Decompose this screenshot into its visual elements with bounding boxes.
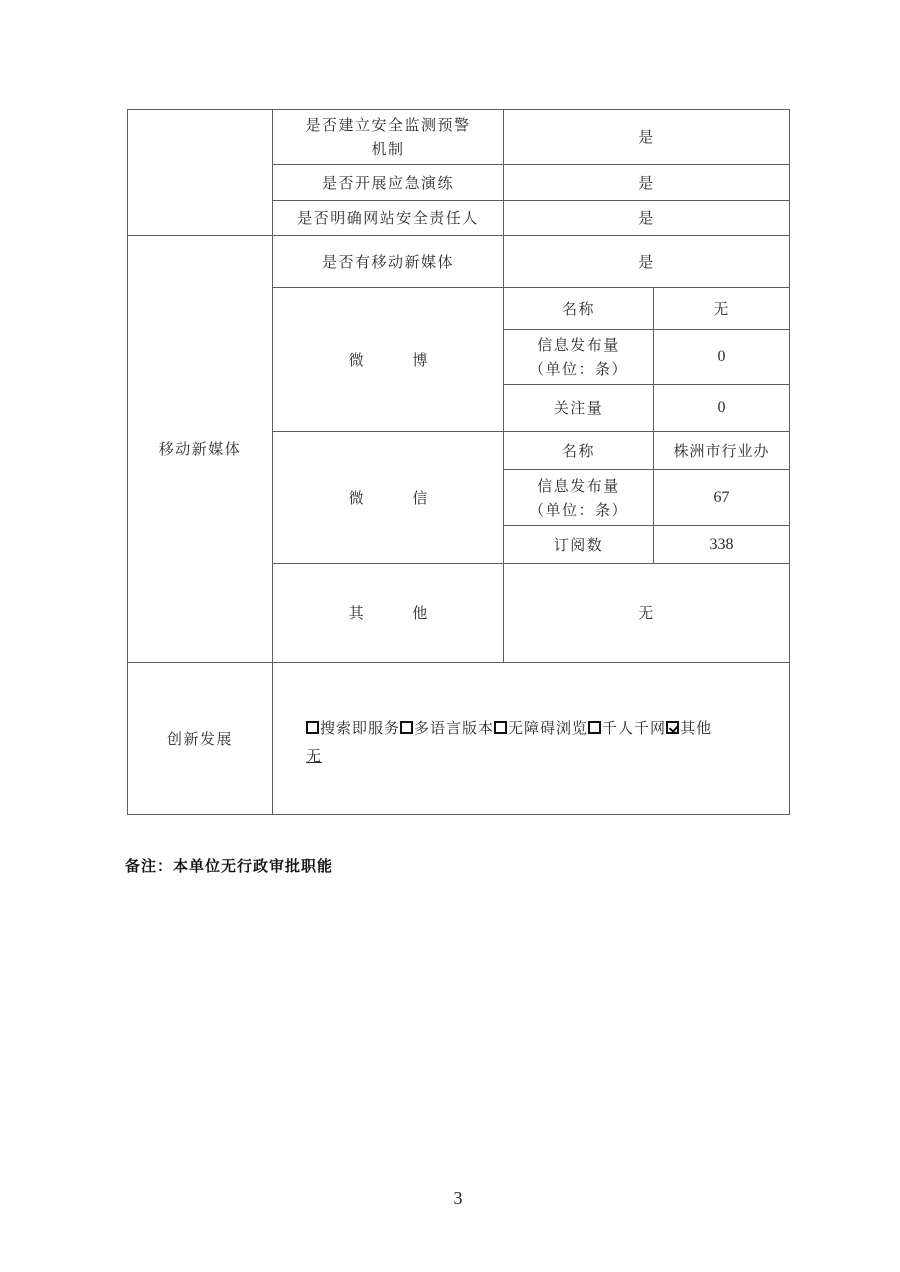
weibo-name-label: 名称 <box>504 288 653 329</box>
weibo-followers-value: 0 <box>654 385 789 431</box>
security-monitoring-label: 是否建立安全监测预警 机制 <box>273 110 503 164</box>
option-multilingual[interactable]: 多语言版本 <box>400 719 494 737</box>
weibo-posts-label: 信息发布量 （单位：条） <box>504 330 653 384</box>
weibo-name-value: 无 <box>654 288 789 329</box>
option-label: 无障碍浏览 <box>508 719 588 737</box>
option-label: 搜索即服务 <box>320 719 400 737</box>
footnote: 备注：本单位无行政审批职能 <box>125 855 333 876</box>
has-mobile-media-label: 是否有移动新媒体 <box>273 236 503 287</box>
option-search-service[interactable]: 搜索即服务 <box>306 719 400 737</box>
option-accessibility[interactable]: 无障碍浏览 <box>494 719 588 737</box>
option-other[interactable]: 其他 <box>666 719 712 737</box>
label-line: 信息发布量 <box>537 474 620 498</box>
option-label: 其他 <box>680 719 712 737</box>
wechat-posts-value: 67 <box>654 470 789 525</box>
mobile-media-section-label: 移动新媒体 <box>128 236 272 662</box>
option-personalized[interactable]: 千人千网 <box>588 719 666 737</box>
innovation-section-label: 创新发展 <box>128 663 272 814</box>
page-number: 3 <box>0 1188 900 1209</box>
label-line: （单位：条） <box>529 357 628 381</box>
checkbox-unchecked-icon[interactable] <box>400 721 413 734</box>
table-border-bottom <box>127 814 790 815</box>
security-monitoring-value: 是 <box>504 110 789 164</box>
wechat-posts-label: 信息发布量 （单位：条） <box>504 470 653 525</box>
emergency-drill-value: 是 <box>504 165 789 200</box>
wechat-name-label: 名称 <box>504 432 653 469</box>
label-line: 机制 <box>371 137 404 161</box>
option-label: 多语言版本 <box>414 719 494 737</box>
wechat-name-value: 株洲市行业办 <box>654 432 789 469</box>
other-media-label: 其 他 <box>273 564 503 662</box>
wechat-subscribers-label: 订阅数 <box>504 526 653 563</box>
other-media-value: 无 <box>504 564 789 662</box>
wechat-subscribers-value: 338 <box>654 526 789 563</box>
weibo-followers-label: 关注量 <box>504 385 653 431</box>
label-line: 是否建立安全监测预警 <box>305 113 470 137</box>
security-officer-label: 是否明确网站安全责任人 <box>273 201 503 235</box>
weibo-label: 微 博 <box>273 288 503 431</box>
label-line: （单位：条） <box>529 498 628 522</box>
security-officer-value: 是 <box>504 201 789 235</box>
innovation-other-value: 无 <box>306 747 322 765</box>
option-label: 千人千网 <box>602 719 666 737</box>
checkbox-unchecked-icon[interactable] <box>588 721 601 734</box>
weibo-posts-value: 0 <box>654 330 789 384</box>
label-line: 信息发布量 <box>537 333 620 357</box>
emergency-drill-label: 是否开展应急演练 <box>273 165 503 200</box>
checkbox-unchecked-icon[interactable] <box>494 721 507 734</box>
table-border-right <box>789 109 790 815</box>
has-mobile-media-value: 是 <box>504 236 789 287</box>
wechat-label: 微 信 <box>273 432 503 563</box>
innovation-options: 搜索即服务多语言版本无障碍浏览千人千网其他 无 <box>306 714 786 770</box>
checkbox-unchecked-icon[interactable] <box>306 721 319 734</box>
checkbox-checked-icon[interactable] <box>666 721 679 734</box>
